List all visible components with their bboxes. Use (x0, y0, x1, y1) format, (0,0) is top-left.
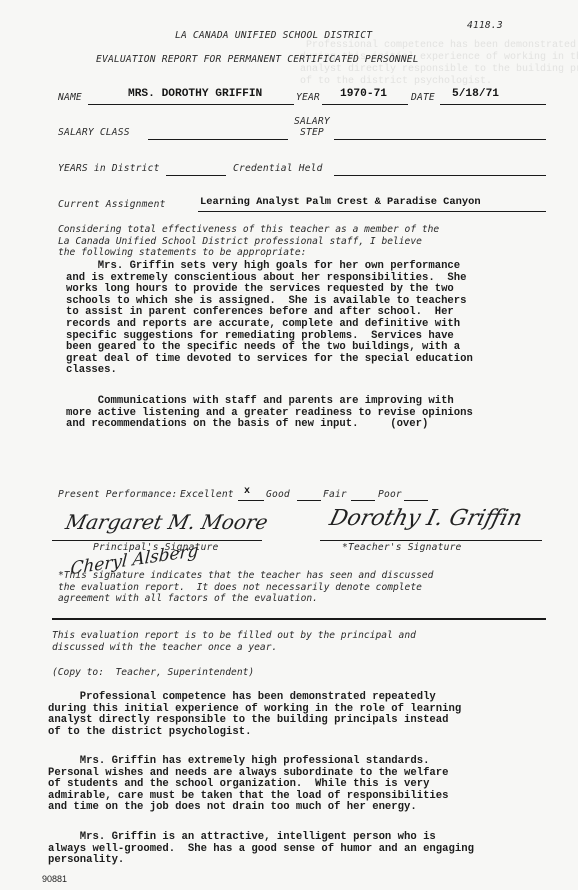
years-in-district-label: YEARS in District (58, 163, 160, 174)
intro-text: Considering total effectiveness of this … (58, 224, 439, 259)
name-field[interactable]: MRS. DOROTHY GRIFFIN (128, 88, 262, 100)
salary-step-label-top: SALARY (294, 116, 330, 127)
divider (52, 618, 546, 620)
credential-label: Credential Held (233, 163, 323, 174)
district-name: LA CANADA UNIFIED SCHOOL DISTRICT (175, 30, 372, 41)
name-label: NAME (58, 92, 82, 103)
salary-step-field[interactable] (334, 139, 546, 140)
rating-good-label: Good (266, 489, 290, 500)
credential-field[interactable] (334, 175, 546, 176)
date-field[interactable]: 5/18/71 (452, 88, 499, 100)
reverse-paragraph-3: Mrs. Griffin is an attractive, intellige… (48, 832, 474, 867)
year-field[interactable]: 1970-71 (340, 88, 387, 100)
rating-poor-label: Poor (378, 489, 402, 500)
rating-good-field[interactable] (297, 500, 321, 501)
document-code: 4118.3 (467, 20, 503, 31)
reverse-paragraph-1: Professional competence has been demonst… (48, 692, 461, 738)
years-in-district-field[interactable] (166, 175, 226, 176)
document-id: 90881 (42, 874, 67, 884)
rating-fair-field[interactable] (351, 500, 375, 501)
statement-paragraph-1: Mrs. Griffin sets very high goals for he… (66, 261, 473, 377)
report-title: EVALUATION REPORT FOR PERMANENT CERTIFIC… (96, 54, 419, 65)
principal-signature: Margaret M. Moore (63, 510, 270, 534)
statement-paragraph-2: Communications with staff and parents ar… (66, 396, 473, 431)
assignment-field[interactable]: Learning Analyst Palm Crest & Paradise C… (200, 196, 481, 208)
instructions-text: This evaluation report is to be filled o… (52, 630, 416, 653)
teacher-signature-label: *Teacher's Signature (342, 542, 462, 553)
copy-to-text: (Copy to: Teacher, Superintendent) (52, 667, 254, 679)
salary-step-label: STEP (300, 127, 324, 138)
assignment-label: Current Assignment (58, 199, 166, 210)
rating-fair-label: Fair (323, 489, 347, 500)
rating-excellent-mark[interactable]: x (244, 486, 250, 497)
salary-class-field[interactable] (148, 139, 288, 140)
reverse-paragraph-2: Mrs. Griffin has extremely high professi… (48, 756, 449, 814)
date-label: DATE (411, 92, 435, 103)
salary-class-label: SALARY CLASS (58, 127, 130, 138)
signature-footnote: *This signature indicates that the teach… (58, 570, 433, 605)
rating-excellent-label: Excellent (180, 489, 234, 500)
teacher-signature: Dorothy I. Griffin (327, 506, 525, 531)
performance-label: Present Performance: (58, 489, 178, 500)
year-label: YEAR (296, 92, 320, 103)
rating-poor-field[interactable] (404, 500, 428, 501)
